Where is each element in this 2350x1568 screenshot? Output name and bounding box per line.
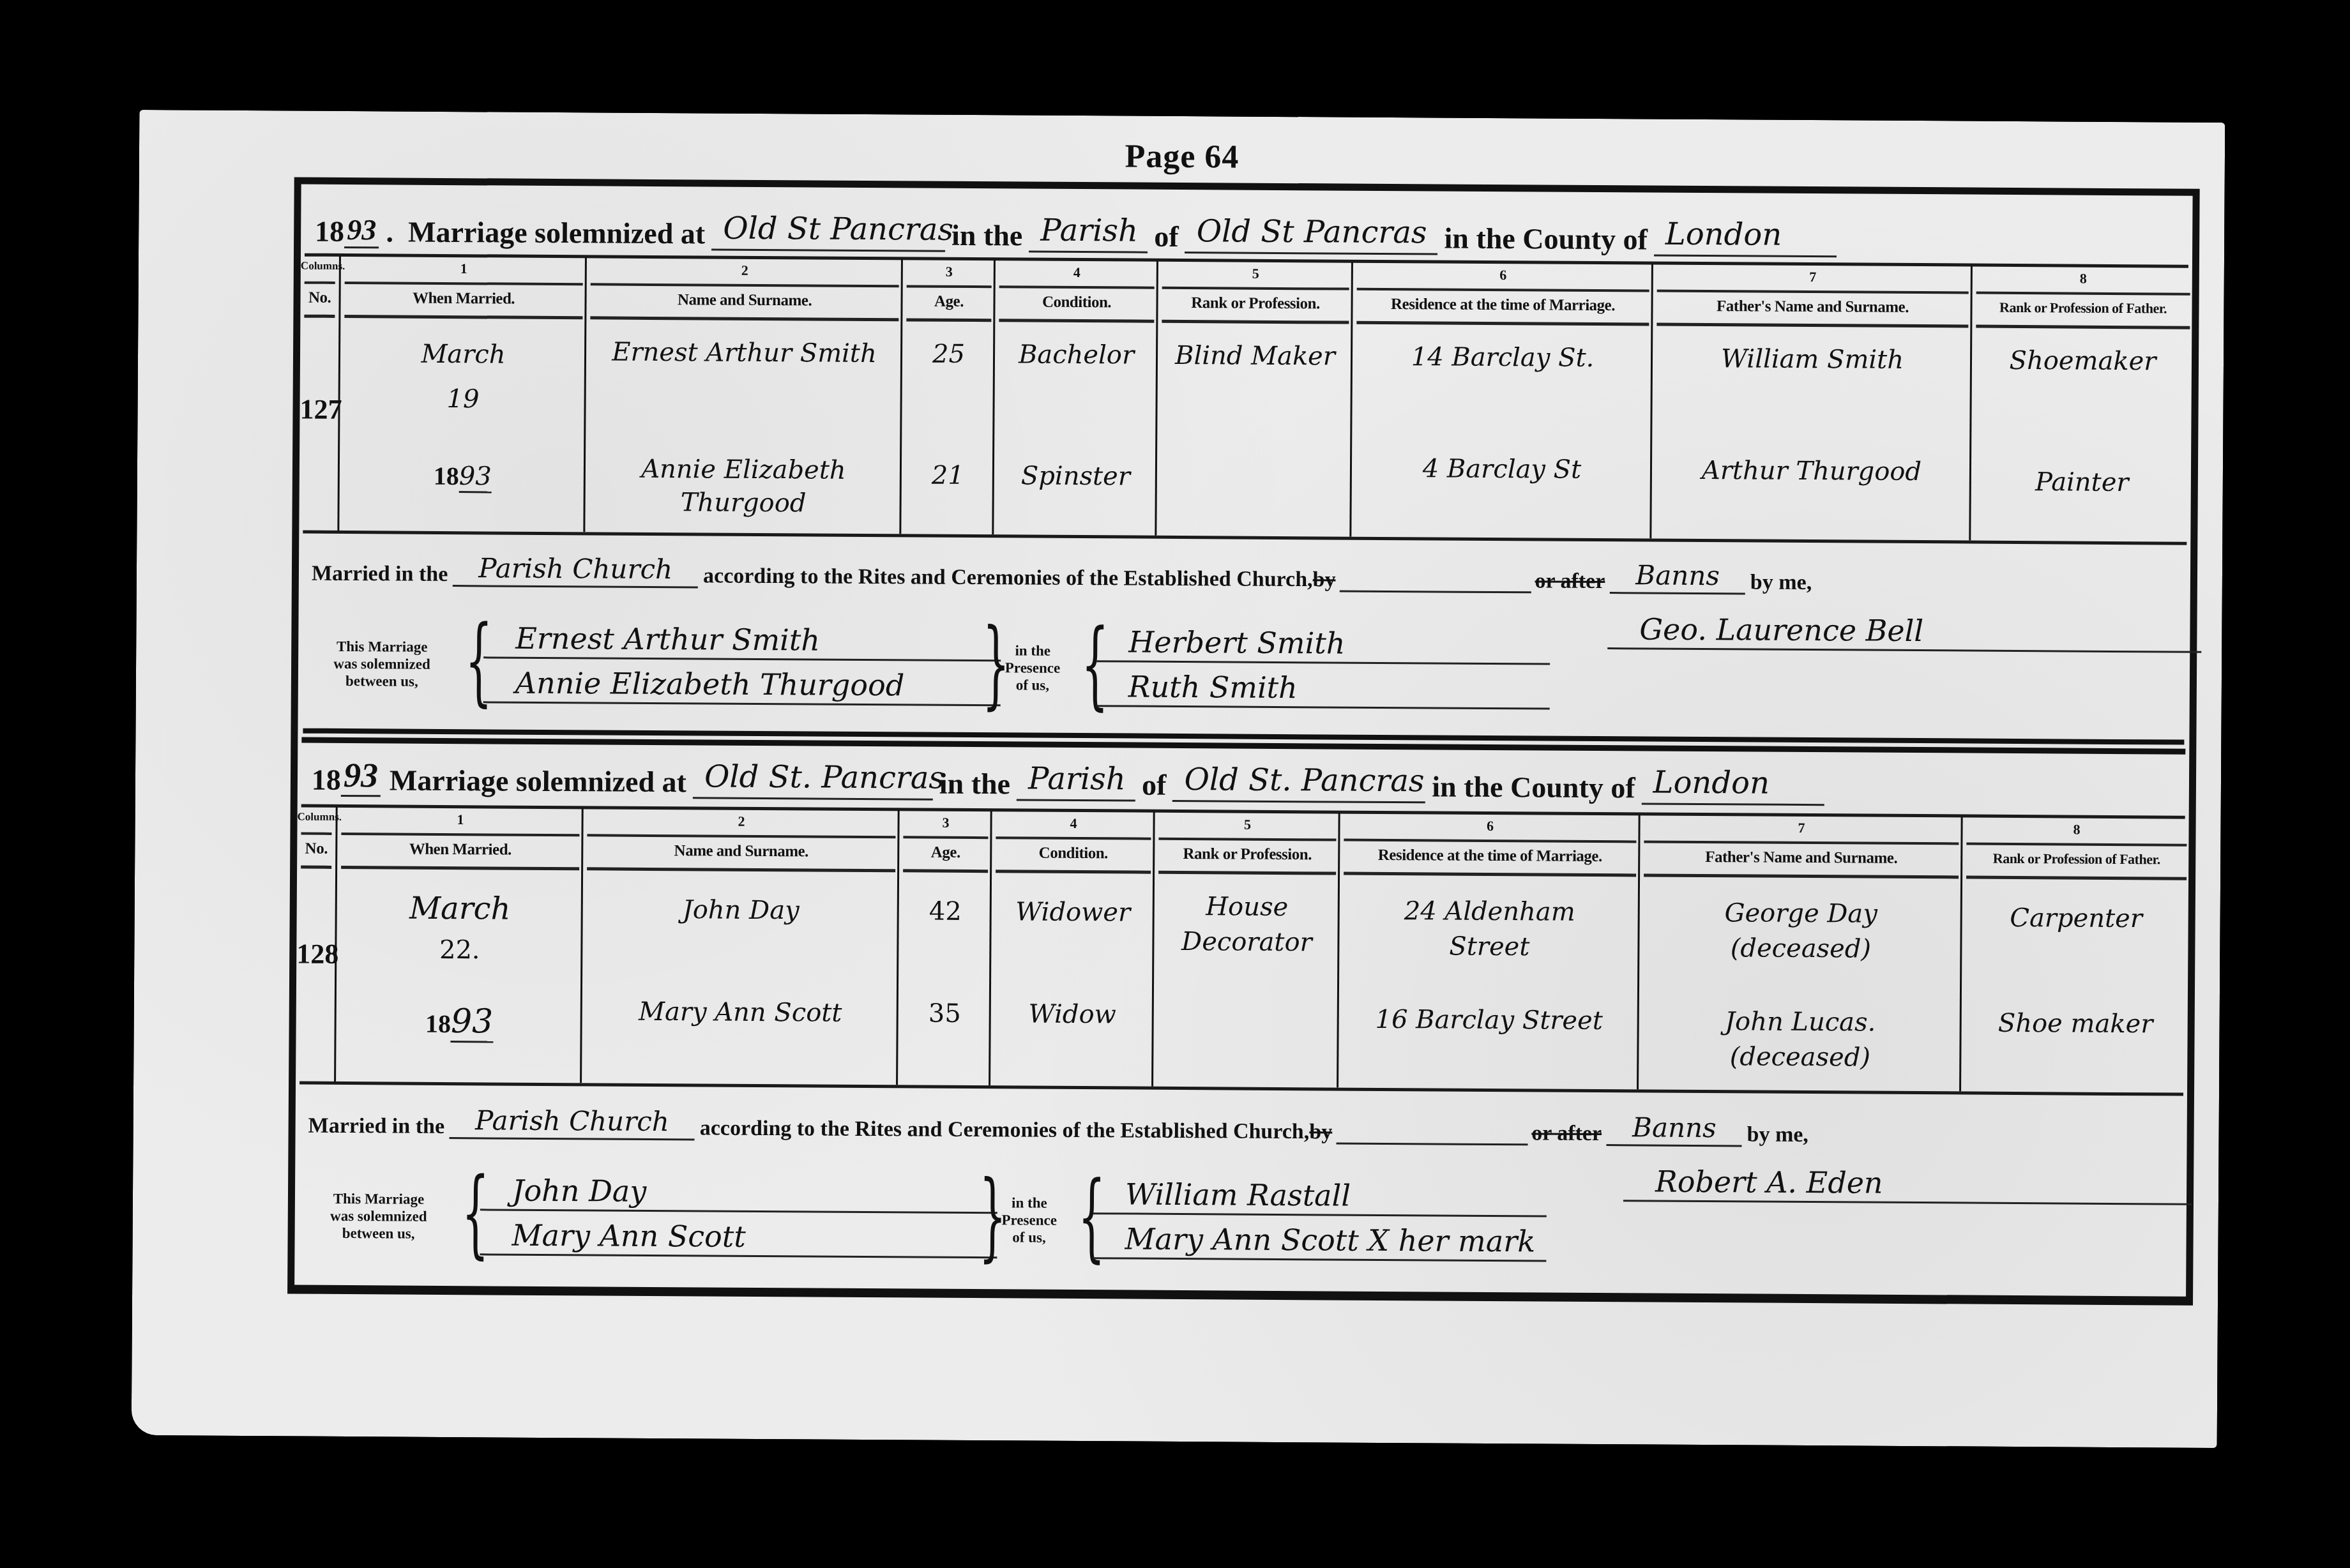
label-this-marriage: This Marriage was solemnized between us, <box>308 638 455 690</box>
entry-title-row: 1893 Marriage solemnized at Old St. Panc… <box>312 746 2183 808</box>
signature-block: This Marriage was solemnized between us,… <box>298 593 2190 732</box>
col-father-name: 7 Father's Name and Surname. George Day … <box>1637 815 1963 1091</box>
groom-name: John Day <box>588 894 894 926</box>
label-this-marriage: This Marriage was solemnized between us, <box>305 1190 452 1242</box>
marriage-entry-127: 1893 . Marriage solemnized at Old St Pan… <box>298 185 2192 739</box>
entry-table: Columns. No. 128 1 When Married. March 2… <box>296 807 2189 1093</box>
groom-signature: John Day <box>480 1172 997 1214</box>
register-page: Page 64 1893 . Marriage solemnized at Ol… <box>132 110 2225 1448</box>
label-solemnized-at: Marriage solemnized at <box>390 763 686 799</box>
bride-signature: Annie Elizabeth Thurgood <box>483 664 1001 706</box>
entry-number: 127 <box>299 393 338 426</box>
col-father-rank: 8 Rank or Profession of Father. Carpente… <box>1959 817 2191 1092</box>
married-in-line: Married in the Parish Church according t… <box>312 552 2178 598</box>
col-age: 3 Age. 42 35 <box>896 810 992 1085</box>
married-in-line: Married in the Parish Church according t… <box>308 1104 2174 1150</box>
year-printed: 18 <box>315 215 344 248</box>
officiant-signature: Robert A. Eden <box>1623 1163 2192 1205</box>
year-handwritten: 93 <box>344 213 379 248</box>
district-type-field: Parish <box>1029 213 1148 253</box>
entry-table: Columns. No. 127 1 When Married. March 1… <box>299 256 2192 542</box>
col-name: 2 Name and Surname. Ernest Arthur Smith … <box>583 257 903 534</box>
label-of: of <box>1154 220 1179 253</box>
after-field: Banns <box>1610 559 1745 594</box>
col-name: 2 Name and Surname. John Day Mary Ann Sc… <box>580 808 900 1085</box>
label-in-the: in the <box>939 767 1011 801</box>
bride-signature: Mary Ann Scott <box>480 1216 997 1258</box>
by-field <box>1336 1143 1527 1146</box>
county-field: London <box>1654 216 1837 258</box>
place-field: Old St Pancras <box>711 211 945 252</box>
col-rank: 5 Rank or Profession. House Decorator <box>1151 812 1340 1088</box>
col-residence: 6 Residence at the time of Marriage. 24 … <box>1337 813 1641 1090</box>
district-field: Old St. Pancras <box>1172 762 1425 803</box>
signature-block: This Marriage was solemnized between us,… <box>294 1149 2187 1288</box>
witness-2-signature: Mary Ann Scott X her mark <box>1093 1220 1546 1262</box>
label-solemnized-at: Marriage solemnized at <box>408 215 705 251</box>
place-field: Old St. Pancras <box>693 758 933 800</box>
marriage-entry-128: 1893 Marriage solemnized at Old St. Panc… <box>294 743 2189 1297</box>
page-number: Page 64 <box>139 132 2225 182</box>
witness-1-signature: William Rastall <box>1093 1175 1547 1217</box>
col-condition: 4 Condition. Widower Widow <box>989 811 1155 1087</box>
label-in-presence: in the Presence of us, <box>991 1194 1068 1246</box>
after-field: Banns <box>1607 1112 1742 1147</box>
groom-signature: Ernest Arthur Smith <box>483 619 1001 661</box>
married-in-field: Parish Church <box>450 1104 695 1140</box>
witness-1-signature: Herbert Smith <box>1096 623 1550 665</box>
married-in-field: Parish Church <box>453 552 698 588</box>
col-no: Columns. No. 127 <box>299 256 339 531</box>
col-father-name: 7 Father's Name and Surname. William Smi… <box>1649 264 1973 541</box>
label-county: in the County of <box>1444 222 1648 257</box>
entry-number: 128 <box>296 938 335 970</box>
year-handwritten: 93 <box>341 755 381 797</box>
col-rank: 5 Rank or Profession. Blind Maker <box>1155 261 1353 537</box>
label-county: in the County of <box>1432 769 1635 804</box>
bride-name: Mary Ann Scott <box>587 997 893 1028</box>
marriage-register-form: 1893 . Marriage solemnized at Old St Pan… <box>287 177 2200 1306</box>
col-residence: 6 Residence at the time of Marriage. 14 … <box>1349 262 1653 539</box>
col-age: 3 Age. 25 21 <box>899 259 996 534</box>
entry-title-row: 1893 . Marriage solemnized at Old St Pan… <box>315 197 2186 260</box>
col-father-rank: 8 Rank or Profession of Father. Shoemake… <box>1969 266 2194 542</box>
district-field: Old St Pancras <box>1185 213 1438 255</box>
col-condition: 4 Condition. Bachelor Spinster <box>992 260 1158 536</box>
witness-2-signature: Ruth Smith <box>1096 668 1550 709</box>
col-when-married: 1 When Married. March 19 1893 <box>337 256 587 532</box>
col-when-married: 1 When Married. March 22. 1893 <box>334 807 584 1083</box>
col-no: Columns. No. 128 <box>296 807 336 1082</box>
district-type-field: Parish <box>1017 760 1135 801</box>
county-field: London <box>1641 764 1824 806</box>
officiant-signature: Geo. Laurence Bell <box>1607 610 2201 653</box>
year-printed: 18 <box>312 763 341 797</box>
by-field <box>1339 591 1531 594</box>
label-in-presence: in the Presence of us, <box>994 642 1071 694</box>
bride-name: Annie Elizabeth Thurgood <box>590 452 897 520</box>
groom-name: Ernest Arthur Smith <box>591 337 897 368</box>
label-of: of <box>1142 768 1167 802</box>
label-in-the: in the <box>951 218 1023 253</box>
